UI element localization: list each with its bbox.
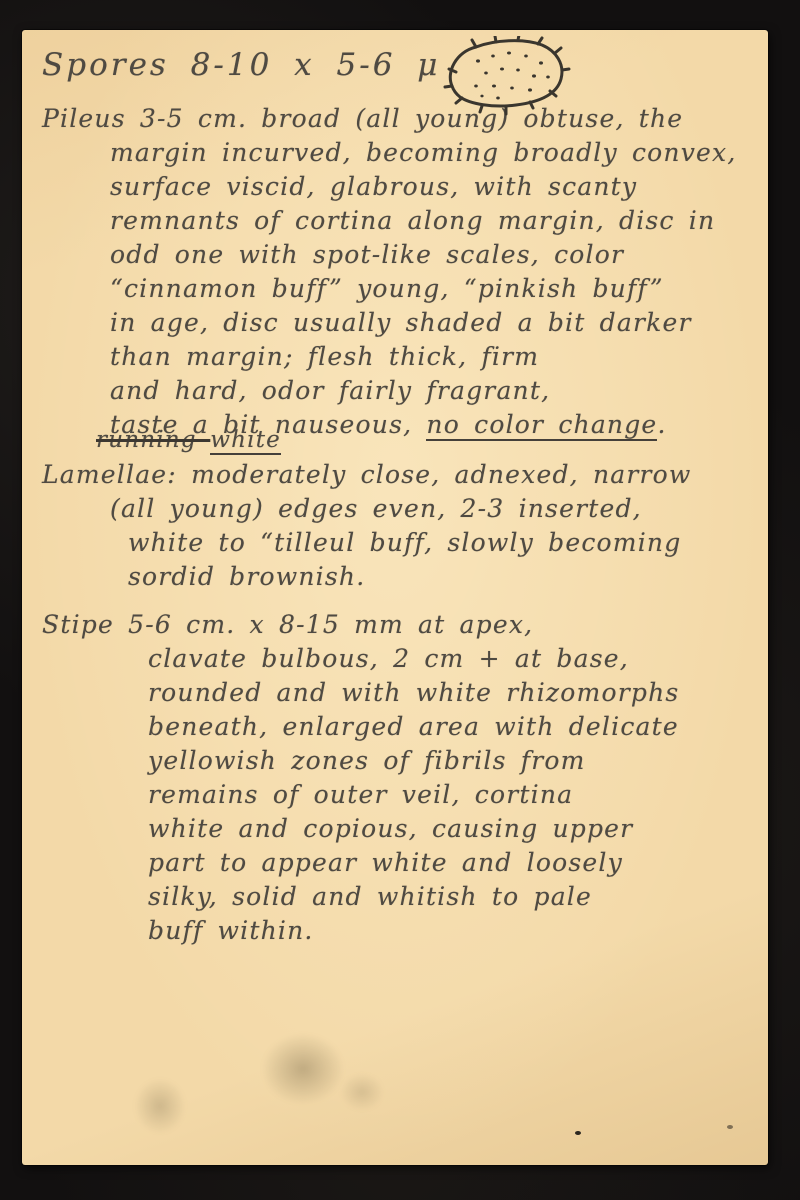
handwriting-text: sordid brownish. (128, 562, 365, 591)
handwriting-line: margin incurved, becoming broadly convex… (110, 136, 760, 170)
handwriting-line: remains of outer veil, cortina (148, 778, 760, 812)
handwriting-text: margin incurved, becoming broadly convex… (110, 138, 736, 167)
handwriting-text: part to appear white and loosely (148, 848, 623, 877)
handwriting-text: beneath, enlarged area with delicate (148, 712, 679, 741)
handwriting-column: Spores 8-10 x 5-6 μPileus 3-5 cm. broad … (40, 40, 760, 948)
handwriting-text: remnants of cortina along margin, disc i… (110, 206, 715, 235)
handwriting-line: remnants of cortina along margin, disc i… (110, 204, 760, 238)
stain-mark (260, 1032, 346, 1106)
handwriting-line: Lamellae: moderately close, adnexed, nar… (42, 458, 760, 492)
handwriting-text: rounded and with white rhizomorphs (148, 678, 679, 707)
spore-sketch-icon (438, 36, 572, 116)
handwriting-line: white and copious, causing upper (148, 812, 760, 846)
handwriting-text: Pileus 3-5 cm. broad (all young) obtuse,… (42, 104, 683, 133)
handwriting-line: clavate bulbous, 2 cm + at base, (148, 642, 760, 676)
spores-line: Spores 8-10 x 5-6 μ (40, 40, 760, 90)
stain-mark (340, 1073, 384, 1111)
lamellae-paragraph: Lamellae: moderately close, adnexed, nar… (40, 458, 760, 594)
handwriting-line: beneath, enlarged area with delicate (148, 710, 760, 744)
handwriting-text: white and copious, causing upper (148, 814, 633, 843)
handwriting-text: running (96, 427, 210, 453)
handwriting-line: “cinnamon buff” young, “pinkish buff” (110, 272, 760, 306)
handwriting-line: (all young) edges even, 2-3 inserted, (110, 492, 760, 526)
handwriting-text: in age, disc usually shaded a bit darker (110, 308, 692, 337)
handwriting-line: part to appear white and loosely (148, 846, 760, 880)
handwriting-text: “cinnamon buff” young, “pinkish buff” (110, 274, 664, 303)
handwriting-line: surface viscid, glabrous, with scanty (110, 170, 760, 204)
note-card: Spores 8-10 x 5-6 μPileus 3-5 cm. broad … (22, 30, 768, 1165)
handwriting-line: Stipe 5-6 cm. x 8-15 mm at apex, (42, 608, 760, 642)
ink-speck (575, 1131, 581, 1135)
pileus-paragraph: Pileus 3-5 cm. broad (all young) obtuse,… (40, 102, 760, 453)
handwriting-text: (all young) edges even, 2-3 inserted, (110, 494, 642, 523)
stipe-paragraph: Stipe 5-6 cm. x 8-15 mm at apex,clavate … (40, 608, 760, 948)
handwriting-line: and hard, odor fairly fragrant, (110, 374, 760, 408)
handwriting-text: white to “tilleul buff, slowly becoming (128, 528, 681, 557)
handwriting-text: and hard, odor fairly fragrant, (110, 376, 550, 405)
handwriting-line: silky, solid and whitish to pale (148, 880, 760, 914)
ink-speck (727, 1125, 733, 1129)
handwriting-text: remains of outer veil, cortina (148, 780, 573, 809)
handwriting-text: silky, solid and whitish to pale (148, 882, 592, 911)
handwriting-line: odd one with spot-like scales, color (110, 238, 760, 272)
handwriting-line: Pileus 3-5 cm. broad (all young) obtuse,… (42, 102, 760, 136)
handwriting-text: Spores 8-10 x 5-6 μ (42, 47, 440, 83)
handwriting-text: buff within. (148, 916, 314, 945)
handwriting-text: white (210, 427, 281, 455)
stain-mark (134, 1078, 186, 1134)
handwriting-text: than margin; flesh thick, firm (110, 342, 539, 371)
handwriting-line: rounded and with white rhizomorphs (148, 676, 760, 710)
handwriting-line: white to “tilleul buff, slowly becoming (128, 526, 760, 560)
handwriting-line: sordid brownish. (128, 560, 760, 594)
handwriting-text: surface viscid, glabrous, with scanty (110, 172, 637, 201)
handwriting-line: in age, disc usually shaded a bit darker (110, 306, 760, 340)
handwriting-text: . (657, 410, 666, 439)
handwriting-text: clavate bulbous, 2 cm + at base, (148, 644, 629, 673)
scan-background: { "colors": { "scan_background": "#12101… (0, 0, 800, 1200)
handwriting-text: odd one with spot-like scales, color (110, 240, 624, 269)
handwriting-text: Stipe 5-6 cm. x 8-15 mm at apex, (42, 610, 533, 639)
handwriting-text: yellowish zones of fibrils from (148, 746, 586, 775)
handwriting-text: Lamellae: moderately close, adnexed, nar… (42, 460, 692, 489)
handwriting-line: Spores 8-10 x 5-6 μ (42, 40, 760, 90)
handwriting-text: no color change (426, 410, 657, 441)
handwriting-line: yellowish zones of fibrils from (148, 744, 760, 778)
handwriting-line: than margin; flesh thick, firm (110, 340, 760, 374)
handwriting-line: buff within. (148, 914, 760, 948)
